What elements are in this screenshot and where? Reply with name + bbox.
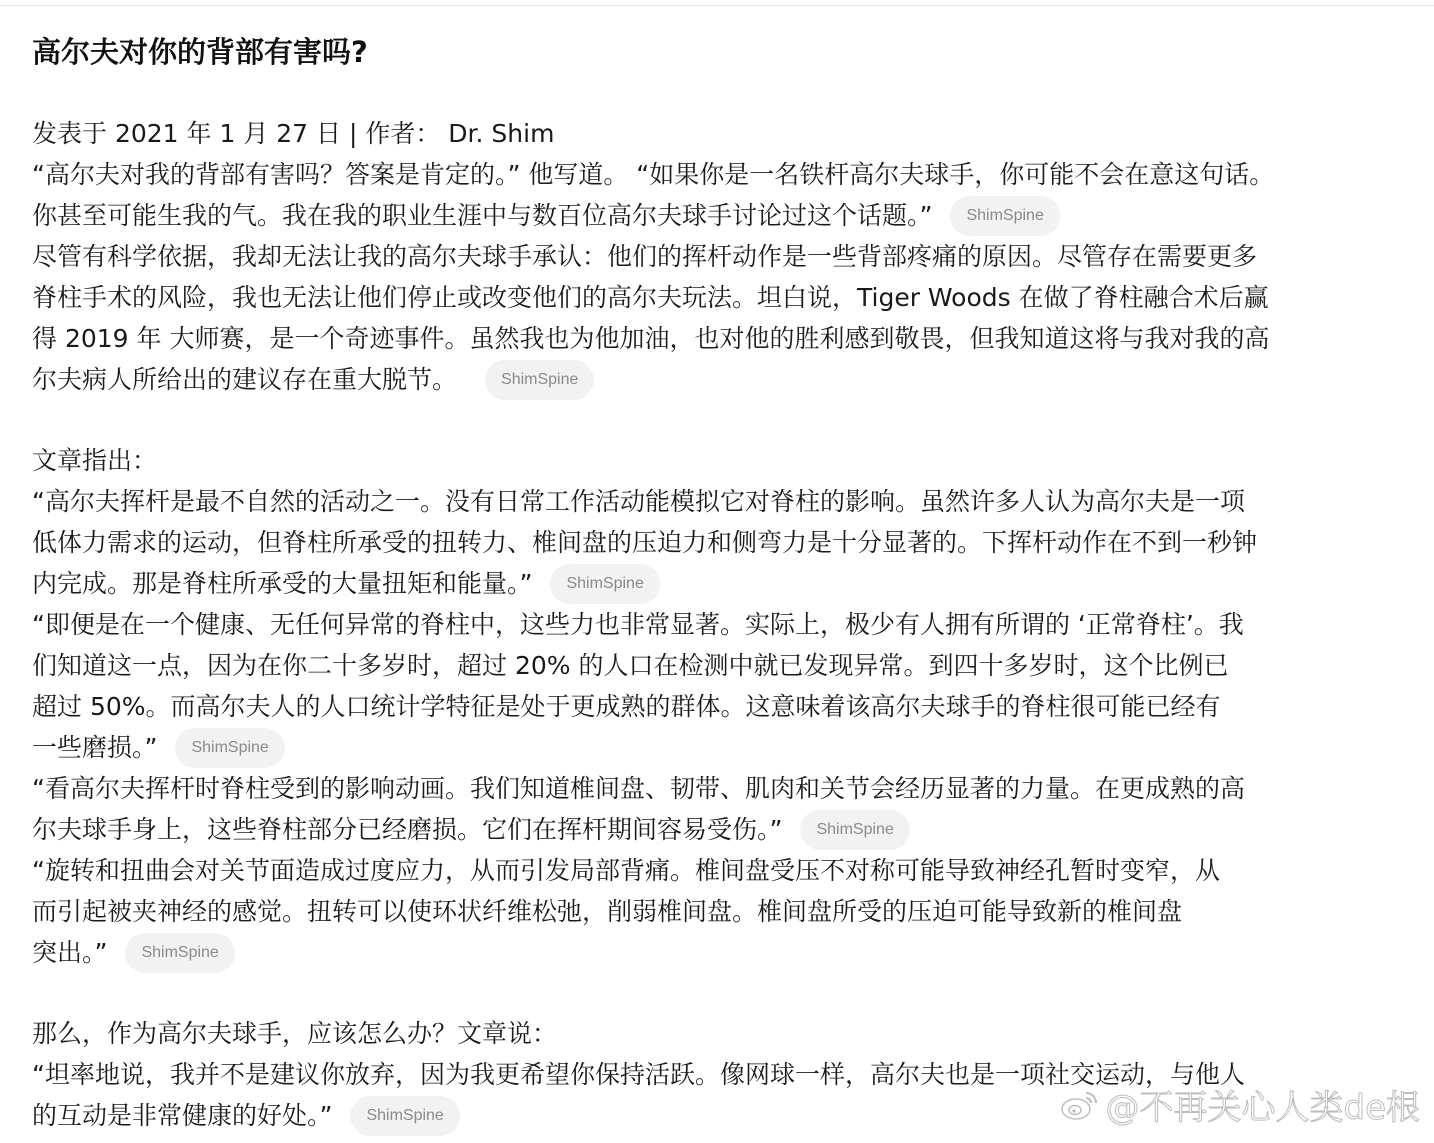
article-body: 发表于 2021 年 1 月 27 日 | 作者： Dr. Shim “高尔夫对… — [32, 113, 1412, 1136]
article-title: 高尔夫对你的背部有害吗? — [32, 30, 368, 71]
source-badge[interactable]: ShimSpine — [125, 933, 234, 973]
source-badge[interactable]: ShimSpine — [550, 564, 659, 604]
quote-line: 低体力需求的运动，但脊柱所承受的扭转力、椎间盘的压迫力和侧弯力是十分显著的。下挥… — [32, 522, 1412, 563]
paragraph-line: 尽管有科学依据，我却无法让我的高尔夫球手承认：他们的挥杆动作是一些背部疼痛的原因… — [32, 236, 1412, 277]
source-badge[interactable]: ShimSpine — [175, 728, 284, 768]
quote-line: 内完成。那是脊柱所承受的大量扭矩和能量。”ShimSpine — [32, 563, 1412, 604]
quote-line: “即便是在一个健康、无任何异常的脊柱中，这些力也非常显著。实际上，极少有人拥有所… — [32, 604, 1412, 645]
quote-line: 超过 50%。而高尔夫人的人口统计学特征是处于更成熟的群体。这意味着该高尔夫球手… — [32, 686, 1412, 727]
quote-line: 一些磨损。”ShimSpine — [32, 727, 1412, 768]
quote-line: “看高尔夫挥杆时脊柱受到的影响动画。我们知道椎间盘、韧带、肌肉和关节会经历显著的… — [32, 768, 1412, 809]
section-label: 那么，作为高尔夫球手，应该怎么办？文章说： — [32, 1013, 1412, 1054]
article-meta: 发表于 2021 年 1 月 27 日 | 作者： Dr. Shim — [32, 113, 1412, 154]
paragraph-line: 脊柱手术的风险，我也无法让他们停止或改变他们的高尔夫玩法。坦白说，Tiger W… — [32, 277, 1412, 318]
weibo-icon — [1060, 1087, 1100, 1123]
top-divider — [0, 5, 1434, 6]
quote-line: 突出。”ShimSpine — [32, 932, 1412, 973]
section-label: 文章指出： — [32, 440, 1412, 481]
quote-line: 尔夫球手身上，这些脊柱部分已经磨损。它们在挥杆期间容易受伤。”ShimSpine — [32, 809, 1412, 850]
paragraph-gap — [32, 400, 1412, 440]
quote-line: 你甚至可能生我的气。我在我的职业生涯中与数百位高尔夫球手讨论过这个话题。”Shi… — [32, 195, 1412, 236]
weibo-watermark: @不再关心人类de根 — [1060, 1080, 1421, 1129]
quote-line: “高尔夫对我的背部有害吗？答案是肯定的。” 他写道。 “如果你是一名铁杆高尔夫球… — [32, 154, 1412, 195]
quote-line: “旋转和扭曲会对关节面造成过度应力，从而引发局部背痛。椎间盘受压不对称可能导致神… — [32, 850, 1412, 891]
paragraph-gap — [32, 973, 1412, 1013]
quote-line: 而引起被夹神经的感觉。扭转可以使环状纤维松弛，削弱椎间盘。椎间盘所受的压迫可能导… — [32, 891, 1412, 932]
source-badge[interactable]: ShimSpine — [800, 810, 909, 850]
quote-line: 们知道这一点，因为在你二十多岁时，超过 20% 的人口在检测中就已发现异常。到四… — [32, 645, 1412, 686]
watermark-text: @不再关心人类de根 — [1106, 1080, 1421, 1129]
quote-line: “高尔夫挥杆是最不自然的活动之一。没有日常工作活动能模拟它对脊柱的影响。虽然许多… — [32, 481, 1412, 522]
paragraph-line: 尔夫病人所给出的建议存在重大脱节。ShimSpine — [32, 359, 1412, 400]
source-badge[interactable]: ShimSpine — [350, 1096, 459, 1136]
source-badge[interactable]: ShimSpine — [485, 360, 594, 400]
paragraph-line: 得 2019 年 大师赛，是一个奇迹事件。虽然我也为他加油，也对他的胜利感到敬畏… — [32, 318, 1412, 359]
source-badge[interactable]: ShimSpine — [950, 196, 1059, 236]
